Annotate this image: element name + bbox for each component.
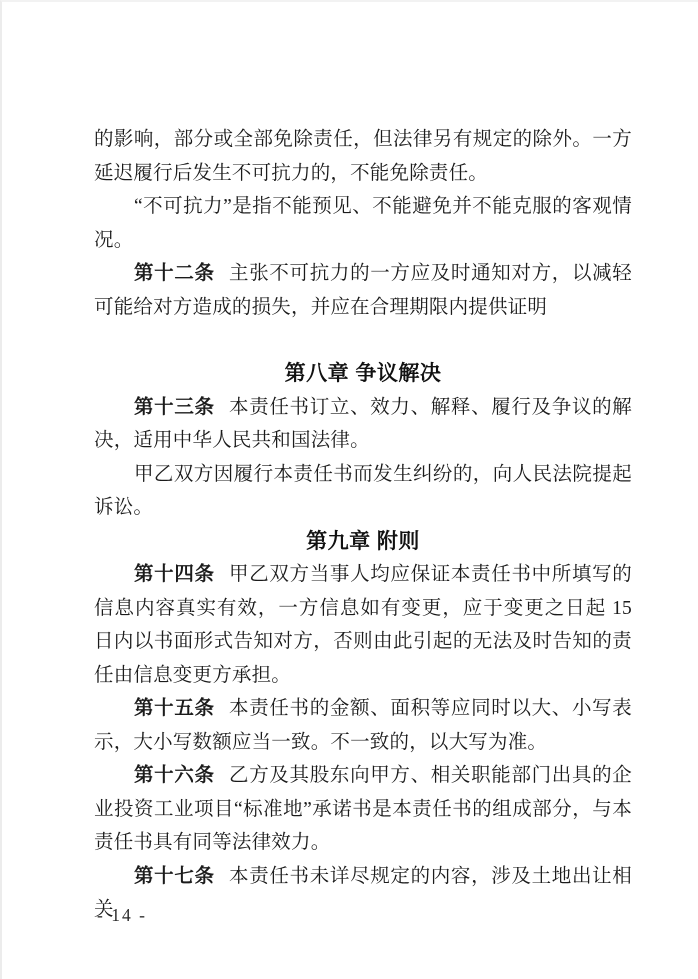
text-block: 的影响，部分或全部免除责任，但法律另有规定的除外。一方延迟履行后发生不可抗力的，… bbox=[94, 123, 632, 927]
article-number-17: 第十七条 bbox=[134, 866, 215, 887]
chapter-heading-8: 第八章 争议解决 bbox=[94, 357, 632, 391]
paragraph-text: “不可抗力”是指不能预见、不能避免并不能克服的客观情况。 bbox=[94, 196, 632, 251]
article-number-15: 第十五条 bbox=[134, 698, 215, 719]
chapter-heading-9: 第九章 附则 bbox=[94, 525, 632, 559]
paragraph-text: 甲乙双方因履行本责任书而发生纠纷的，向人民法院提起诉讼。 bbox=[94, 464, 632, 519]
paragraph-text: 的影响，部分或全部免除责任，但法律另有规定的除外。一方延迟履行后发生不可抗力的，… bbox=[94, 129, 632, 184]
paragraph-article-17: 第十七条 本责任书未详尽规定的内容，涉及土地出让相关 bbox=[94, 860, 632, 927]
paragraph-dispute-litigation: 甲乙双方因履行本责任书而发生纠纷的，向人民法院提起诉讼。 bbox=[94, 458, 632, 525]
page-number: - 14 - bbox=[97, 905, 147, 926]
paragraph-continuation: 的影响，部分或全部免除责任，但法律另有规定的除外。一方延迟履行后发生不可抗力的，… bbox=[94, 123, 632, 190]
article-number-12: 第十二条 bbox=[134, 263, 215, 284]
paragraph-article-12: 第十二条 主张不可抗力的一方应及时通知对方，以减轻可能给对方造成的损失，并应在合… bbox=[94, 257, 632, 324]
article-number-16: 第十六条 bbox=[134, 765, 215, 786]
paragraph-article-13: 第十三条 本责任书订立、效力、解释、履行及争议的解决，适用中华人民共和国法律。 bbox=[94, 391, 632, 458]
paragraph-article-15: 第十五条 本责任书的金额、面积等应同时以大、小写表示，大小写数额应当一致。不一致… bbox=[94, 692, 632, 759]
document-page: 的影响，部分或全部免除责任，但法律另有规定的除外。一方延迟履行后发生不可抗力的，… bbox=[0, 0, 698, 979]
paragraph-force-majeure-definition: “不可抗力”是指不能预见、不能避免并不能克服的客观情况。 bbox=[94, 190, 632, 257]
paragraph-article-14: 第十四条 甲乙双方当事人均应保证本责任书中所填写的信息内容真实有效，一方信息如有… bbox=[94, 558, 632, 692]
paragraph-article-16: 第十六条 乙方及其股东向甲方、相关职能部门出具的企业投资工业项目“标准地”承诺书… bbox=[94, 759, 632, 860]
article-number-13: 第十三条 bbox=[134, 397, 215, 418]
article-number-14: 第十四条 bbox=[134, 564, 215, 585]
